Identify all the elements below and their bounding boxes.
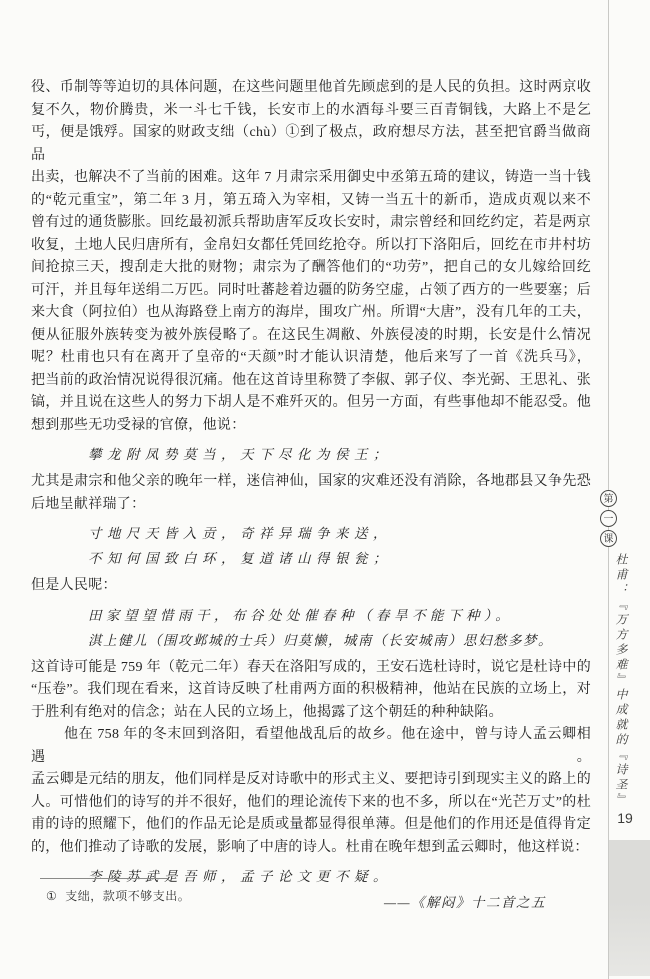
text-line: 人。可惜他们的诗写的并不很好，他们的理论流传下来的也不多，所以在“光芒万丈”的杜 bbox=[31, 792, 591, 815]
text-line: 孟云卿是元结的朋友，他们同样是反对诗歌中的形式主义、要把诗引到现实主义的路上的 bbox=[31, 769, 591, 792]
text-line: 丐，便是饿殍。国家的财政支绌（chù）①到了极点，政府想尽方法，甚至把官爵当做商… bbox=[31, 122, 591, 167]
chapter-vertical-title: 杜甫：『万方多难』中成就的『诗圣』 bbox=[613, 553, 630, 803]
text-line: 把当前的政治情况说得很沉痛。他在这首诗里称赞了李俶、郭子仪、李光弼、王思礼、张 bbox=[31, 370, 591, 393]
page-edge-tab bbox=[609, 840, 650, 976]
footnote: ①支绌，款项不够支出。 bbox=[46, 888, 446, 904]
text-line: 于胜利有绝对的信念；站在人民的立场上，他揭露了这个朝廷的种种缺陷。 bbox=[31, 702, 591, 725]
page-number: 19 bbox=[610, 810, 640, 826]
text-line: 来大食（阿拉伯）也从海路登上南方的海岸，围攻广州。所谓“大唐”，没有几年的工夫， bbox=[31, 302, 591, 325]
poem-line: 李陵苏武是吾师，孟子论文更不疑。 bbox=[31, 864, 591, 889]
text-line: 想到那些无功受禄的官僚，他说： bbox=[31, 415, 591, 438]
text-line: 役、币制等等迫切的具体问题，在这些问题里他首先顾虑到的是人民的负担。这时两京收 bbox=[31, 77, 591, 100]
text-line: 间抢掠三天，搜刮走大批的财物；肃宗为了酬答他们的“功劳”，把自己的女儿嫁给回纥 bbox=[31, 257, 591, 280]
text-line: 收复，土地人民归唐所有，金帛妇女都任凭回纥抢夺。所以打下洛阳后，回纥在市井村坊 bbox=[31, 235, 591, 258]
footnote-text: 支绌，款项不够支出。 bbox=[65, 889, 190, 903]
text-line: 曾有过的通货膨胀。回纥最初派兵帮助唐军反攻长安时，肃宗曾经和回纥约定，若是两京 bbox=[31, 212, 591, 235]
text-line: 复不久，物价腾贵，米一斗七千钱，长安市上的水酒每斗要三百青铜钱，大路上不是乞 bbox=[31, 100, 591, 123]
text-line: 呢？杜甫也只有在离开了皇帝的“天颜”时才能认识清楚，他后来写了一首《洗兵马》， bbox=[31, 347, 591, 370]
poem-line: 淇上健儿（围攻邺城的士兵）归莫懒，城南（长安城南）思妇愁多梦。 bbox=[31, 628, 591, 653]
footnote-divider bbox=[40, 878, 168, 879]
lesson-badge-char: 一 bbox=[600, 510, 617, 527]
text-line: 的“乾元重宝”，第二年 3 月，第五琦入为宰相，又铸一当五十的新币，造成贞观以来… bbox=[31, 190, 591, 213]
text-line: 他在 758 年的冬末回到洛阳，看望他战乱后的故乡。他在途中，曾与诗人孟云卿相遇… bbox=[31, 724, 591, 769]
poem-line: 攀龙附凤势莫当，天下尽化为侯王； bbox=[31, 442, 591, 467]
text-line: 的，他们推动了诗歌的发展，影响了中唐的诗人。杜甫在晚年想到孟云卿时，他这样说： bbox=[31, 837, 591, 860]
body-text: 役、币制等等迫切的具体问题，在这些问题里他首先顾虑到的是人民的负担。这时两京收复… bbox=[31, 77, 591, 915]
lesson-badge-char: 课 bbox=[600, 530, 617, 547]
text-line: 便从征服外族转变为被外族侵略了。在这民生凋敝、外族侵凌的时期，长安是什么情况 bbox=[31, 325, 591, 348]
text-line: 出卖，也解决不了当前的困难。这年 7 月肃宗采用御史中丞第五琦的建议，铸造一当十… bbox=[31, 167, 591, 190]
text-line: 甫的诗的照耀下，他们的作品无论是质或量都显得很单薄。但是他们的作用还是值得肯定 bbox=[31, 814, 591, 837]
text-line: 后地呈献祥瑞了： bbox=[31, 494, 591, 517]
text-line: 尤其是肃宗和他父亲的晚年一样，迷信神仙，国家的灾难还没有消除，各地郡县又争先恐 bbox=[31, 471, 591, 494]
lesson-number-badge: 第 一 课 bbox=[599, 490, 618, 547]
poem-line: 寸地尺天皆入贡，奇祥异瑞争来送， bbox=[31, 521, 591, 546]
text-line: 但是人民呢： bbox=[31, 575, 591, 598]
lesson-badge-char: 第 bbox=[600, 490, 617, 507]
poem-line: 田家望望惜雨干，布谷处处催春种（春旱不能下种）。 bbox=[31, 603, 591, 628]
poem-line: 不知何国致白环，复道诸山得银瓮； bbox=[31, 546, 591, 571]
text-line: 镐，并且说在这些人的努力下胡人是不难歼灭的。但另一方面，有些事他却不能忍受。他 bbox=[31, 392, 591, 415]
footnote-marker: ① bbox=[46, 889, 57, 903]
text-line: 可汗，并且每年送绢二万匹。同时吐蕃趁着边疆的防务空虚，占领了西方的一些要塞；后 bbox=[31, 280, 591, 303]
book-page: 役、币制等等迫切的具体问题，在这些问题里他首先顾虑到的是人民的负担。这时两京收复… bbox=[0, 0, 650, 979]
text-line: “压卷”。我们现在看来，这首诗反映了杜甫两方面的积极精神，他站在民族的立场上，对 bbox=[31, 679, 591, 702]
text-line: 这首诗可能是 759 年（乾元二年）春天在洛阳写成的，王安石选杜诗时，说它是杜诗… bbox=[31, 657, 591, 680]
